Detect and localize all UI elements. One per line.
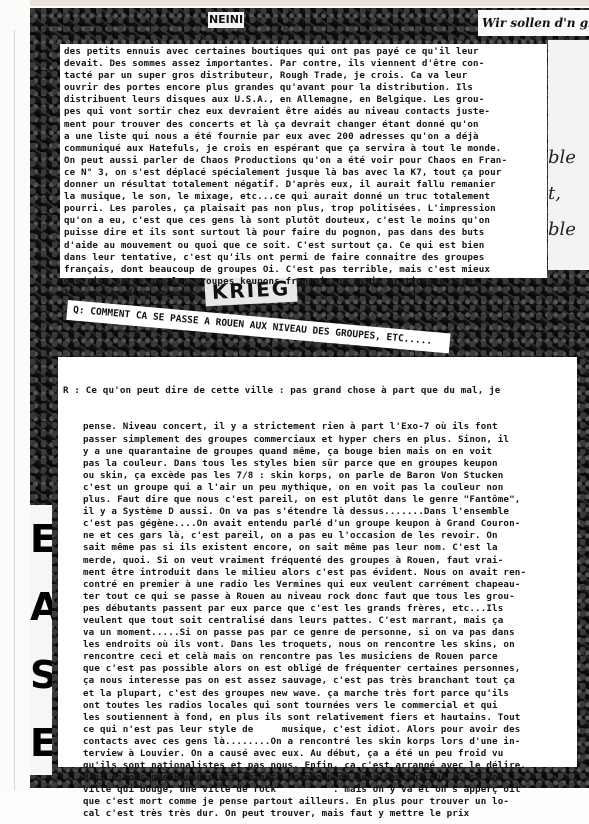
top-text-line: a une liste qui nous a été fournie par e… (64, 131, 547, 143)
answer-text-line: terview à Louvier. On a causé avec eux. … (83, 748, 577, 760)
answer-text-line: veulent que tout soit centralisé dans le… (83, 615, 577, 627)
answer-text-line: rencontre ceci et celà mais on rencontre… (83, 651, 577, 663)
collage-left-letters: E A S E (30, 505, 52, 775)
answer-text-line: pes débutants passent par eux parce que … (83, 603, 577, 615)
top-text-line: ce N° 3, on s'est déplacé spécialement j… (64, 167, 547, 179)
answer-text-line: ter tout ce qui se passe à Rouen au nive… (83, 591, 577, 603)
answer-text-line: ville qui bouge, une ville de rock . mai… (83, 784, 577, 796)
answer-text-line: les endroits où ils vont. Dans les troqu… (83, 639, 577, 651)
letter: E (30, 505, 52, 573)
collage-label-neini: NEINI (208, 12, 244, 28)
answer-text-line: qu'ils sont nationalistes et pas nous. E… (83, 760, 577, 772)
answer-text-line: pas la couleur. Dans tous les styles bie… (83, 458, 577, 470)
answer-text-line: Mais disons que Rouen c'est chiant. Beau… (83, 772, 577, 784)
answer-text-line: et la plupart, c'est des groupes new wav… (83, 688, 577, 700)
answer-text-line: cal c'est très très dur. On peut trouver… (83, 808, 577, 820)
answer-text-line: contacts avec ces gens là........On a re… (83, 736, 577, 748)
page-left-margin (0, 0, 30, 824)
collage-label-wir-sollen: Wir sollen d'n gl (478, 10, 589, 36)
answer-text-line: contré en premier à une radio les Vermin… (83, 579, 577, 591)
top-text-line: donner un résultat totalement négatif. D… (64, 179, 547, 191)
fragment: ble (548, 212, 589, 248)
answer-text-line: ne et ces gars là, c'est pareil, on a pa… (83, 530, 577, 542)
answer-text-line: que c'est pas possible alors on est obli… (83, 663, 577, 675)
top-text-line: ouvrir des portes encore plus grandes qu… (64, 82, 547, 94)
top-text-line: la musique, le son, le mixage, etc...ce … (64, 191, 547, 203)
top-text-line: puisse dire et ils sont surtout là pour … (64, 227, 547, 239)
top-text-line: dans leur tentative, c'est qu'ils ont pe… (64, 252, 547, 264)
letter: A (30, 573, 52, 641)
interview-text-top: des petits ennuis avec certaines boutiqu… (60, 44, 547, 278)
top-text-line: que rien parce que les groupes keupons f… (64, 276, 547, 288)
top-text-line: des petits ennuis avec certaines boutiqu… (64, 46, 547, 58)
answer-text-line: sait même pas si ils existent encore, on… (83, 542, 577, 554)
answer-text-line: ment être introduit dans le milieu alors… (83, 567, 577, 579)
page-top-edge (0, 0, 589, 6)
interview-answer: R : Ce qu'on peut dire de cette ville : … (58, 357, 577, 767)
fragment: t, (548, 176, 589, 212)
top-text-line: devait. Des sommes assez importantes. Pa… (64, 58, 547, 70)
letter: E (30, 709, 52, 775)
answer-text-line: c'est pas gégène....On avait entendu par… (83, 518, 577, 530)
answer-text-line: va un moment.....Si on passe pas par ce … (83, 627, 577, 639)
top-text-line: communiqué aux Hatefuls, je crois en esp… (64, 143, 547, 155)
answer-text-line: il y a Système D aussi. On va pas s'éten… (83, 506, 577, 518)
top-text-line: tacté par un super gros distributeur, Ro… (64, 70, 547, 82)
top-text-line: ment pour trouver des concerts et là ça … (64, 119, 547, 131)
answer-first-line: R : Ce qu'on peut dire de cette ville : … (63, 385, 577, 397)
answer-text-line: ou skin, ça excède pas les 7/8 : skin ko… (83, 470, 577, 482)
margin-line (14, 30, 15, 800)
answer-text-line: passer simplement des groupes commerciau… (83, 434, 577, 446)
top-text-line: français, dont beaucoup de groupes Oi. C… (64, 264, 547, 276)
answer-text-line: plus. Faut dire que nous c'est pareil, o… (83, 494, 577, 506)
top-text-line: d'aide au mouvement ou quoi que ce soit.… (64, 240, 547, 252)
top-text-line: qu'on a eu, c'est que ces gens là sont p… (64, 215, 547, 227)
answer-body: pense. Niveau concert, il y a strictemen… (63, 421, 577, 820)
letter: S (30, 641, 52, 709)
answer-text-line: merde, quoi. Si on veut vraiment fréquen… (83, 555, 577, 567)
answer-text-line: ont toutes les radios locales qui sont t… (83, 700, 577, 712)
answer-text-line: y a une quarantaine de groupes quand mêm… (83, 446, 577, 458)
top-text-line: l'occasion d'en écouter (64, 288, 547, 300)
answer-text-line: pense. Niveau concert, il y a strictemen… (83, 421, 577, 433)
top-text-line: On peut aussi parler de Chaos Production… (64, 155, 547, 167)
answer-text-line: ce qui n'est pas leur style de musique, … (83, 724, 577, 736)
top-text-line: pourri. Les paroles, ça plaisait pas non… (64, 203, 547, 215)
fragment: ble (548, 140, 589, 176)
top-text-line: pes qui vont sortir chez eux devraient ê… (64, 106, 547, 118)
top-text-line: distribuent leurs disques aux U.S.A., en… (64, 94, 547, 106)
answer-text-line: c'est un groupe qui a l'air un peu mythi… (83, 482, 577, 494)
collage-right-fragments: ble t, ble (548, 40, 589, 270)
answer-text-line: ça nous interesse pas on est assez sauva… (83, 675, 577, 687)
answer-text-line: que c'est mort comme je pense partout ai… (83, 796, 577, 808)
answer-text-line: les soutiennent à fond, en plus ils sont… (83, 712, 577, 724)
